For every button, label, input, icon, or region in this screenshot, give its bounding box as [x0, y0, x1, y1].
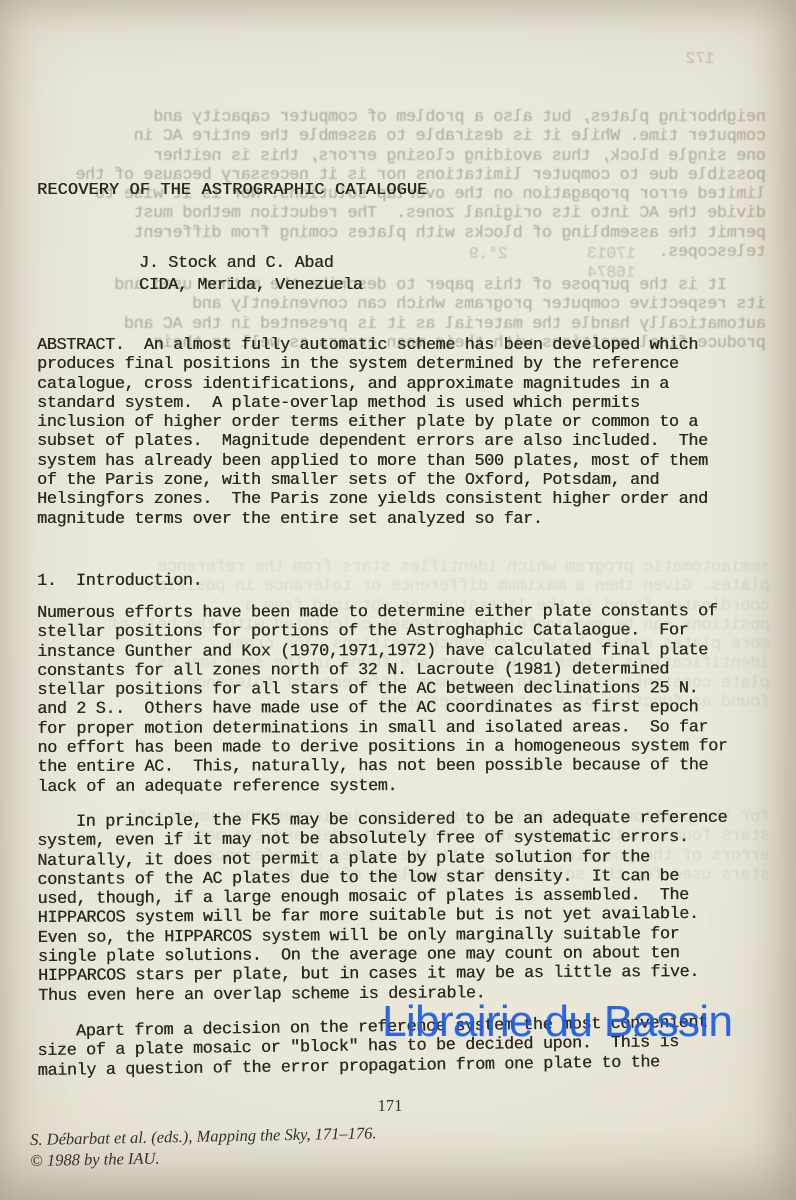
footer-citation: S. Débarbat et al. (eds.), Mapping the S…: [30, 1123, 377, 1150]
author-affiliation: CIDA, Merida, Venezuela: [139, 275, 363, 297]
section-heading: 1. Introduction.: [37, 572, 202, 592]
bleed-number-top: 17013: [587, 245, 636, 264]
scanned-paper-page: 172 neighboring plates, but also a probl…: [0, 0, 796, 1200]
bleed-number-bottom: 16874: [587, 264, 636, 283]
intro-paragraph-1: Numerous efforts have been made to deter…: [37, 602, 728, 797]
reverse-page-number: 172: [686, 50, 715, 69]
paper-title: RECOVERY OF THE ASTROGRAPHIC CATALOGUE: [37, 181, 427, 200]
intro-paragraph-2: In principle, the FK5 may be considered …: [37, 809, 728, 1006]
footer-copyright: © 1988 by the IAU.: [30, 1149, 160, 1171]
author-names: J. Stock and C. Abad: [139, 253, 333, 275]
bleed-number-left: 2°.9: [469, 245, 508, 264]
page-number: 171: [360, 1096, 420, 1116]
abstract-paragraph: ABSTRACT. An almost fully automatic sche…: [37, 336, 708, 529]
bookseller-watermark: Librairie du Bassin: [382, 997, 732, 1047]
